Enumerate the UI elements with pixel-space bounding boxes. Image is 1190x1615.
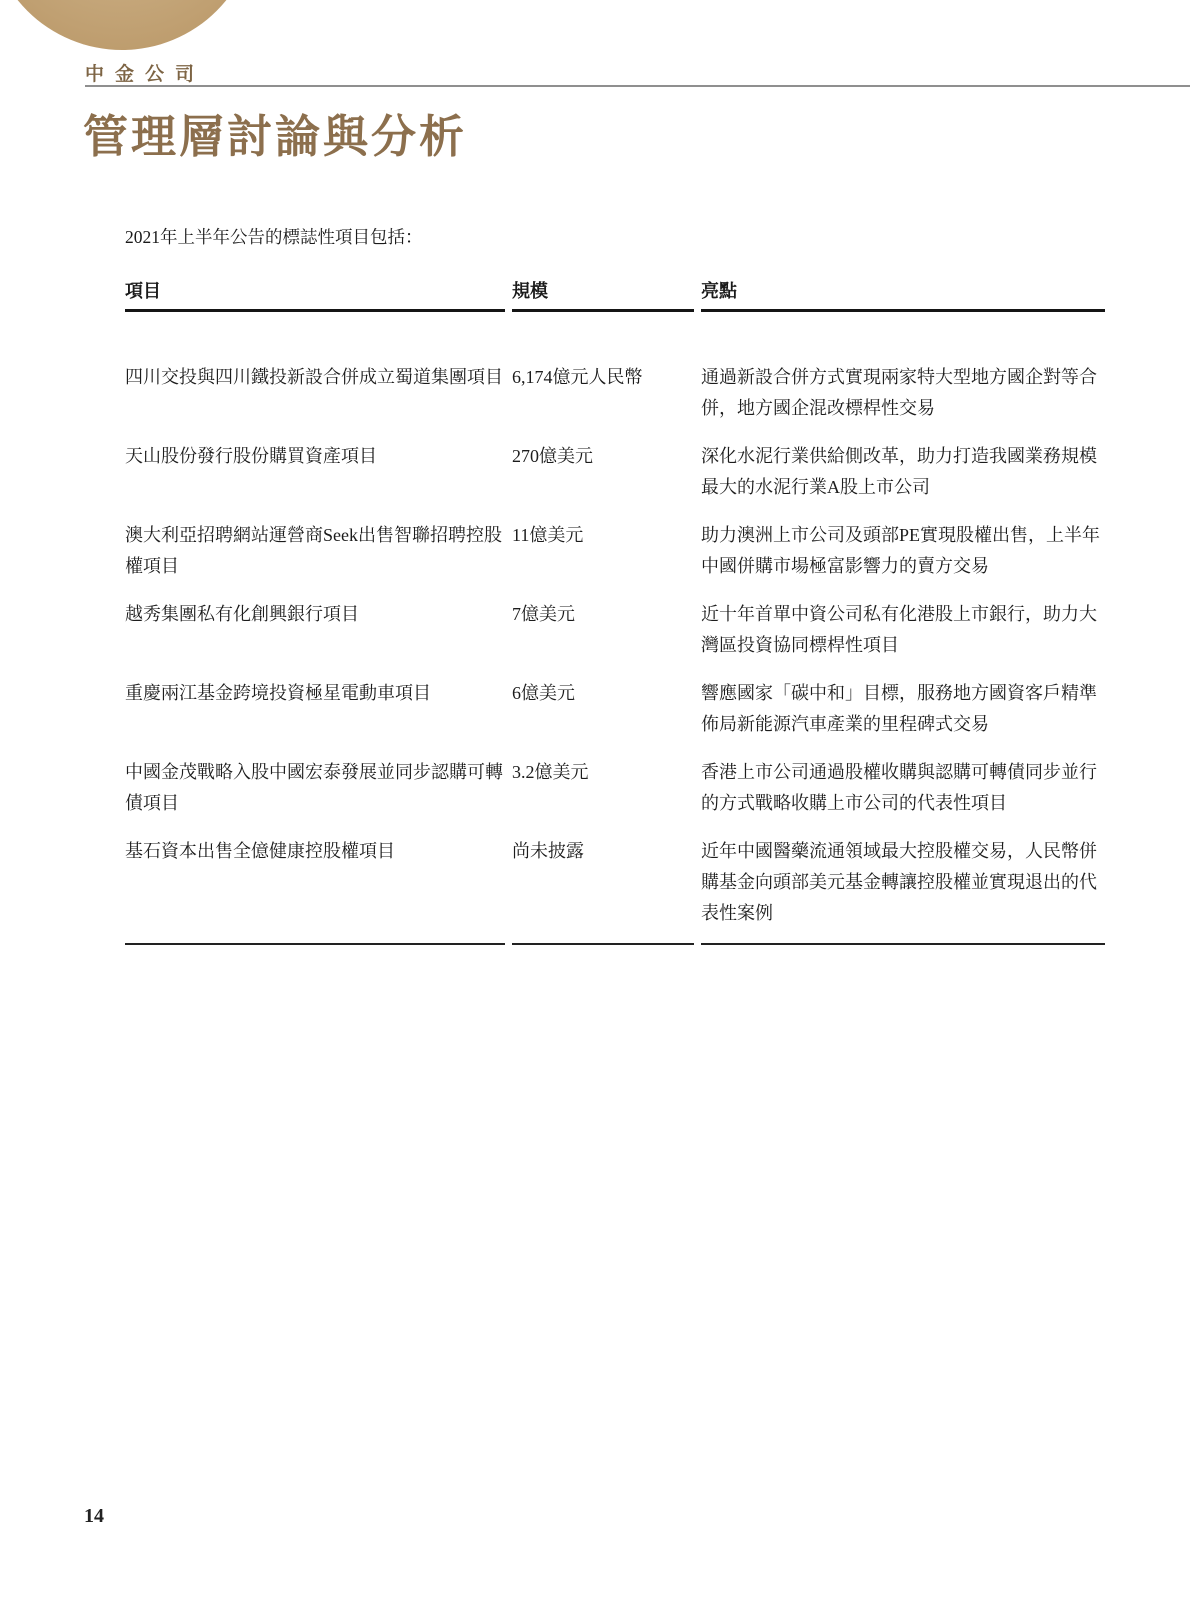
project-cell: 重慶兩江基金跨境投資極星電動車項目: [125, 678, 505, 740]
scale-cell: 6,174億元人民幣: [512, 362, 694, 424]
page-title: 管理層討論與分析: [83, 100, 467, 165]
table-bottom-rule: [125, 943, 1105, 945]
project-cell: 越秀集團私有化創興銀行項目: [125, 599, 505, 661]
column-header-scale: 規模: [512, 280, 694, 312]
project-cell: 基石資本出售全億健康控股權項目: [125, 836, 505, 929]
scale-cell: 6億美元: [512, 678, 694, 740]
column-header-highlight: 亮點: [701, 280, 1105, 312]
page-number: 14: [84, 1505, 104, 1528]
project-cell: 天山股份發行股份購買資產項目: [125, 441, 505, 503]
bottom-rule-segment: [701, 943, 1105, 945]
highlight-cell: 響應國家「碳中和」目標，服務地方國資客戶精準佈局新能源汽車產業的里程碑式交易: [701, 678, 1105, 740]
highlight-cell: 近十年首單中資公司私有化港股上市銀行，助力大灣區投資協同標桿性項目: [701, 599, 1105, 661]
table-body: 四川交投與四川鐵投新設合併成立蜀道集團項目6,174億元人民幣通過新設合併方式實…: [125, 312, 1105, 929]
highlight-cell: 近年中國醫藥流通領域最大控股權交易，人民幣併購基金向頭部美元基金轉讓控股權並實現…: [701, 836, 1105, 929]
project-cell: 中國金茂戰略入股中國宏泰發展並同步認購可轉債項目: [125, 757, 505, 819]
highlight-cell: 香港上市公司通過股權收購與認購可轉債同步並行的方式戰略收購上市公司的代表性項目: [701, 757, 1105, 819]
scale-cell: 270億美元: [512, 441, 694, 503]
highlight-cell: 助力澳洲上市公司及頭部PE實現股權出售，上半年中國併購市場極富影響力的賣方交易: [701, 520, 1105, 582]
highlight-cell: 通過新設合併方式實現兩家特大型地方國企對等合併，地方國企混改標桿性交易: [701, 362, 1105, 424]
highlight-cell: 深化水泥行業供給側改革，助力打造我國業務規模最大的水泥行業A股上市公司: [701, 441, 1105, 503]
report-page: 中金公司 管理層討論與分析 2021年上半年公告的標誌性項目包括： 項目 規模 …: [0, 0, 1190, 1615]
project-cell: 澳大利亞招聘網站運營商Seek出售智聯招聘控股權項目: [125, 520, 505, 582]
bottom-rule-segment: [125, 943, 505, 945]
project-cell: 四川交投與四川鐵投新設合併成立蜀道集團項目: [125, 362, 505, 424]
scale-cell: 3.2億美元: [512, 757, 694, 819]
scale-cell: 尚未披露: [512, 836, 694, 929]
column-header-project: 項目: [125, 280, 505, 312]
header-divider: [85, 85, 1190, 87]
cicc-logo-circle-icon: [0, 0, 256, 50]
brand-name: 中金公司: [85, 59, 205, 86]
landmark-deals-table: 項目 規模 亮點 四川交投與四川鐵投新設合併成立蜀道集團項目6,174億元人民幣…: [125, 280, 1105, 945]
scale-cell: 11億美元: [512, 520, 694, 582]
bottom-rule-segment: [512, 943, 694, 945]
scale-cell: 7億美元: [512, 599, 694, 661]
intro-text: 2021年上半年公告的標誌性項目包括：: [125, 224, 423, 249]
table-header-row: 項目 規模 亮點: [125, 280, 1105, 312]
